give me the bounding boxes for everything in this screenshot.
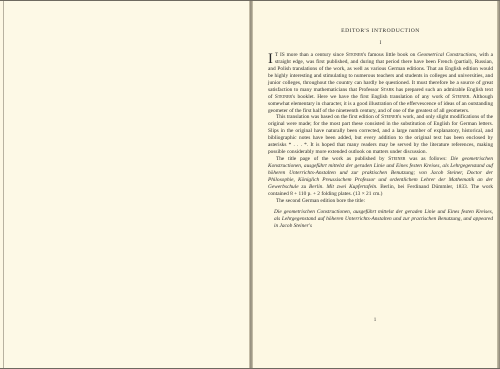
book-spread: EDITOR'S INTRODUCTION I IT IS more than … xyxy=(0,1,500,368)
right-page: EDITOR'S INTRODUCTION I IT IS more than … xyxy=(253,1,497,368)
page-text-block: EDITOR'S INTRODUCTION I IT IS more than … xyxy=(268,28,493,230)
paragraph-3: The title page of the work as published … xyxy=(268,156,493,198)
page-heading: EDITOR'S INTRODUCTION xyxy=(268,28,493,35)
page-number: 1 xyxy=(253,318,497,323)
drop-cap: I xyxy=(268,53,273,65)
paragraph-2: This translation was based on the first … xyxy=(268,114,493,156)
section-number: I xyxy=(268,41,493,48)
book-title-italic: Geometrical Constructions xyxy=(417,52,476,58)
second-edition-title-quote: Die geometrischen Constructionen, ausgef… xyxy=(268,209,493,230)
paragraph-1: IT IS more than a century since Steiner'… xyxy=(268,52,493,115)
paragraph-4: The second German edition bore the title… xyxy=(268,198,493,205)
left-page-blank xyxy=(3,1,250,368)
